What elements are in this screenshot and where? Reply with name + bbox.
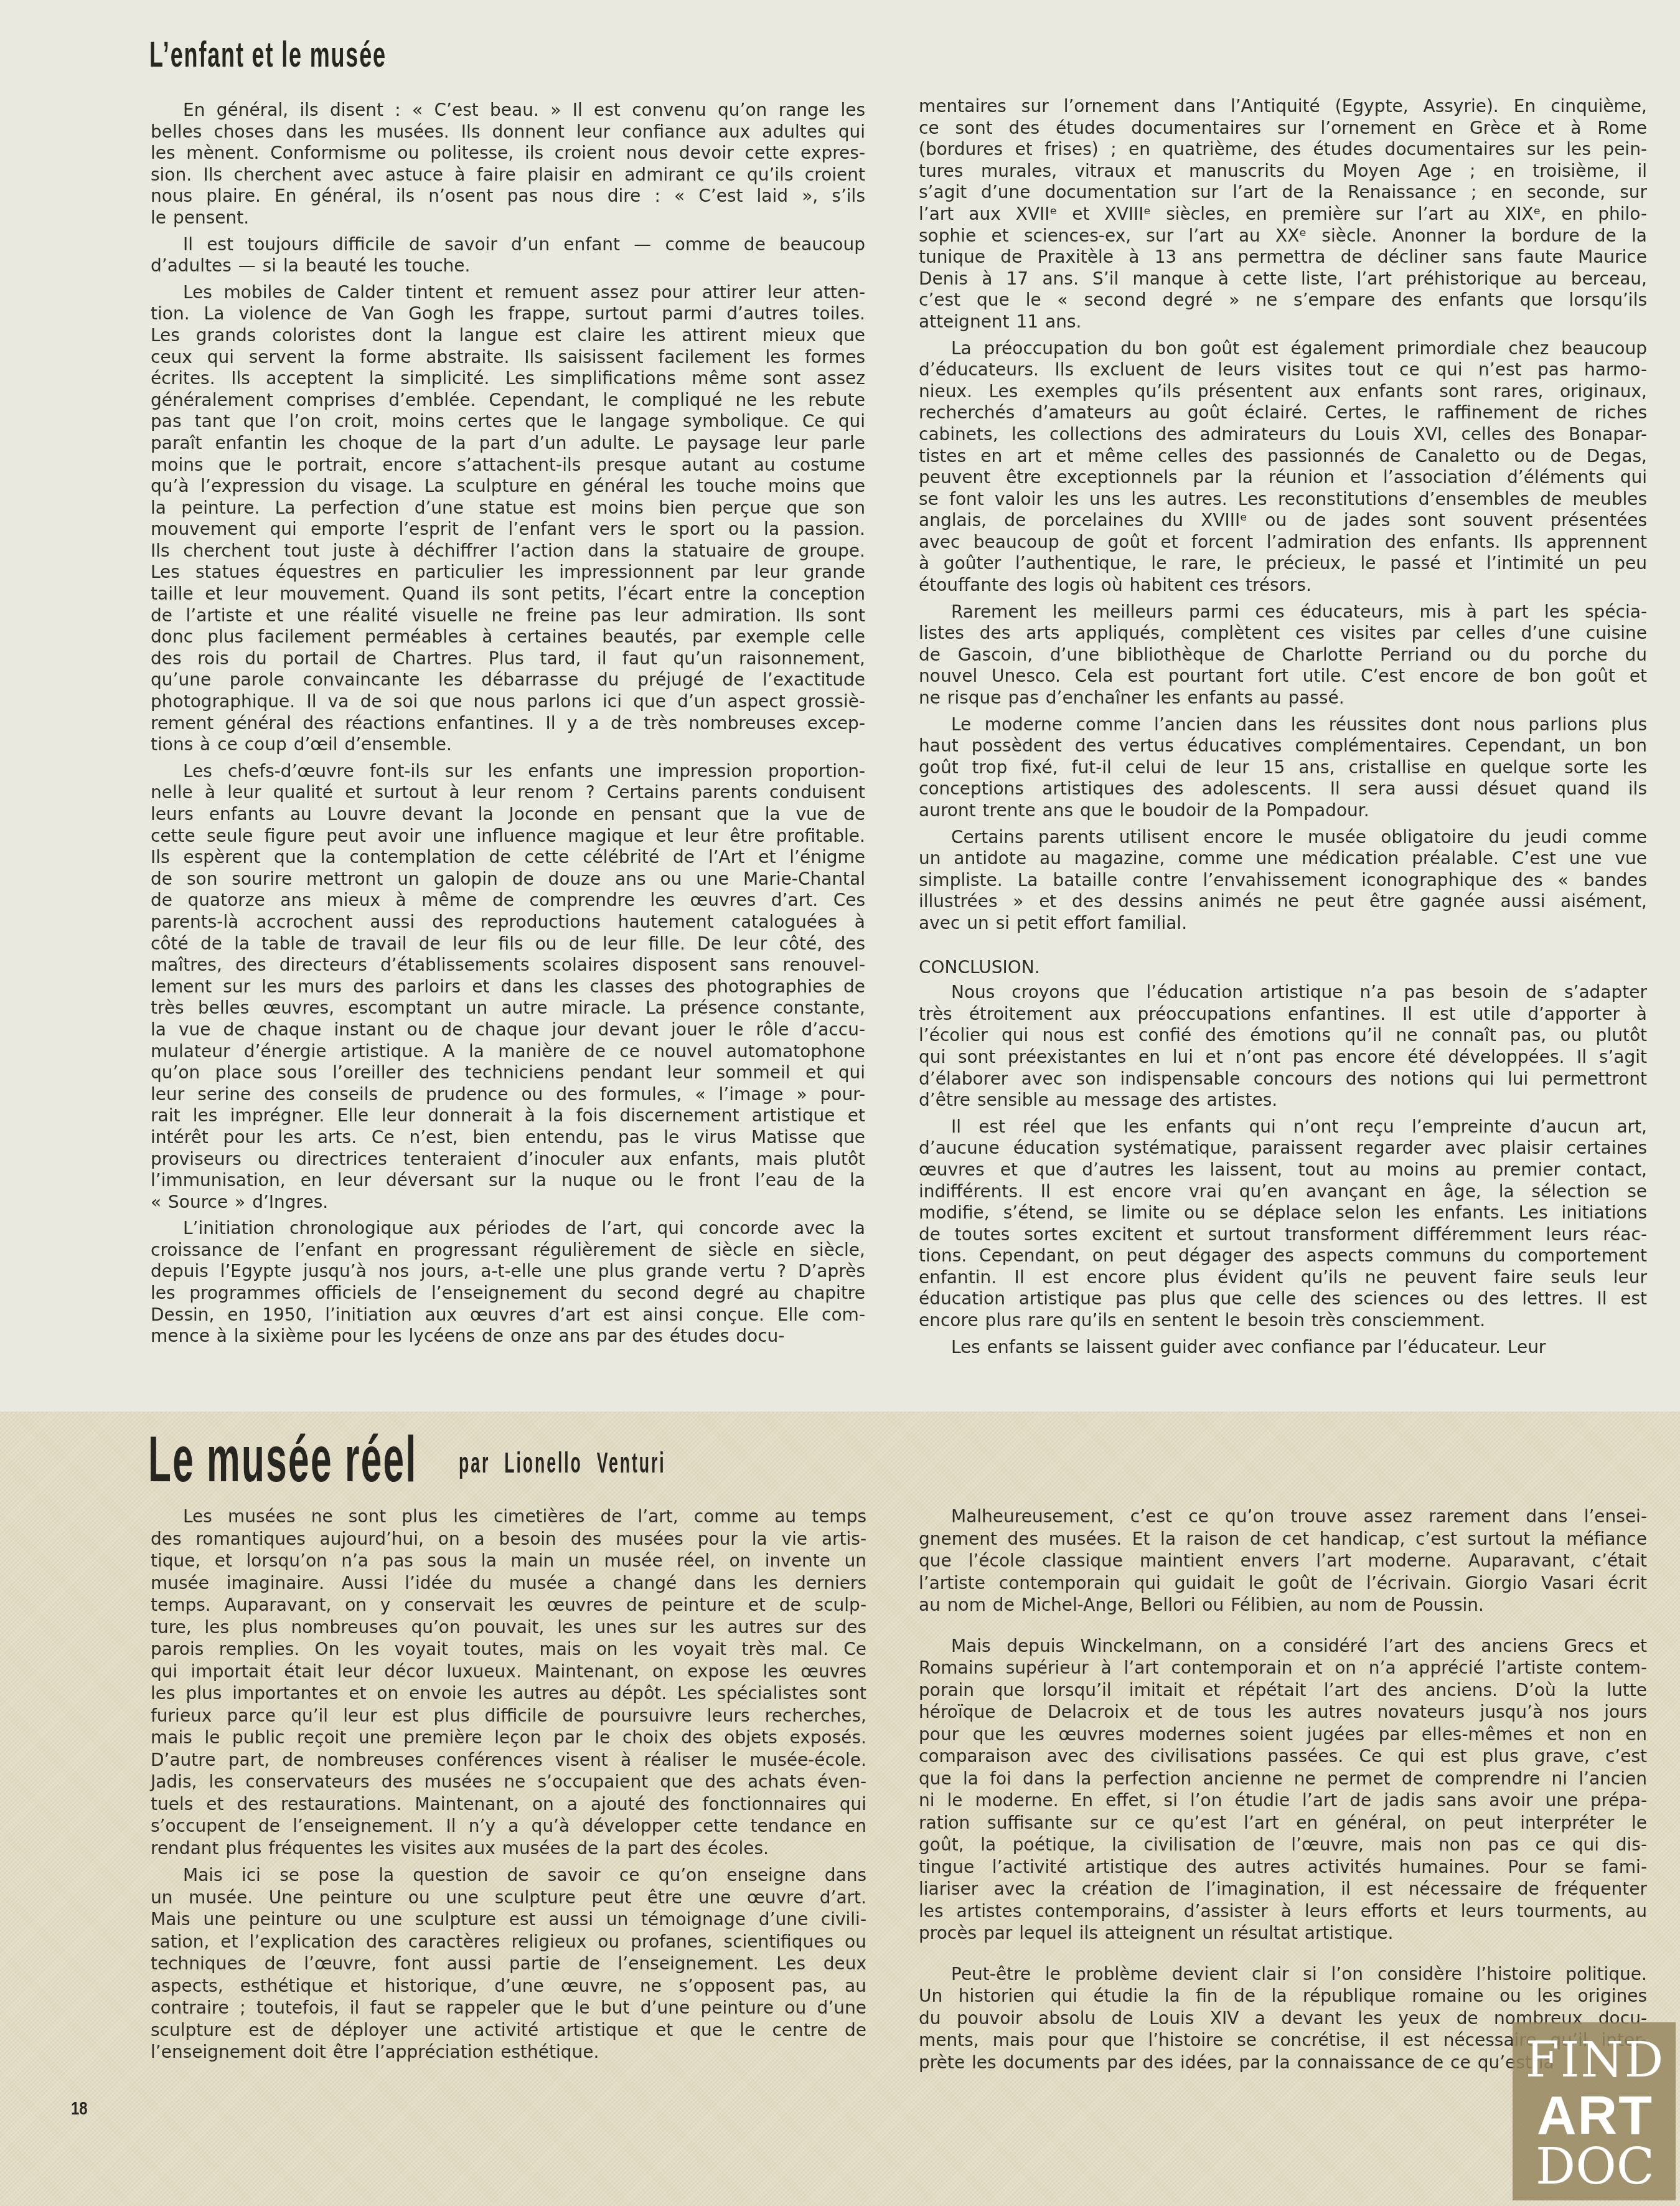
text-line: mais le public reçoit une première leçon… [151, 1727, 866, 1749]
text-line: techniques de l’œuvre, font aussi partie… [151, 1953, 866, 1975]
text-line: pas tant que l’on croit, moins certes qu… [151, 411, 865, 433]
text-line: l’artiste contemporain qui guidait le go… [919, 1572, 1647, 1595]
text-line: anglais, de porcelaines du XVIIIᵉ ou de … [919, 510, 1647, 532]
text-line: ture, les plus nombreuses qu’on pouvait,… [151, 1616, 866, 1639]
text-line: mulateur d’énergie artistique. A la mani… [151, 1041, 865, 1063]
text-line: Malheureusement, c’est ce qu’on trouve a… [919, 1506, 1647, 1528]
article-title-top: L’enfant et le musée [149, 34, 387, 75]
text-line: de Gascoin, d’une bibliothèque de Charlo… [919, 644, 1647, 666]
text-line: le pensent. [151, 207, 865, 229]
paragraph: Les enfants se laissent guider avec conf… [919, 1337, 1647, 1359]
text-line: simpliste. La bataille contre l’envahiss… [919, 870, 1647, 892]
text-line: la vue de chaque instant ou de chaque jo… [151, 1019, 865, 1041]
text-line: aspects, esthétique et historique, d’une… [151, 1975, 866, 1997]
text-line: liariser avec la création de l’imaginati… [919, 1878, 1647, 1900]
text-line: héroïque de Delacroix et de tous les aut… [919, 1701, 1647, 1723]
paragraph: Il est toujours difficile de savoir d’un… [151, 234, 865, 277]
text-line: maîtres, des directeurs d’établissements… [151, 955, 865, 976]
text-line: recherchés d’amateurs au goût éclairé. C… [919, 402, 1647, 424]
text-line: nous plaire. En général, ils n’osent pas… [151, 186, 865, 207]
text-line: L’initiation chronologique aux périodes … [151, 1218, 865, 1240]
text-line: Les statues équestres en particulier les… [151, 562, 865, 583]
top-left-column: En général, ils disent : « C’est beau. »… [151, 100, 865, 1347]
text-line: des rois du portail de Chartres. Plus ta… [151, 648, 865, 670]
text-line: de toutes sortes excitent et surtout tra… [919, 1224, 1647, 1246]
article-title-bottom: Le musée réel [148, 1423, 418, 1497]
text-line: d’être sensible au message des artistes. [919, 1090, 1647, 1111]
text-line: qu’on place sous l’oreiller des technici… [151, 1062, 865, 1084]
text-line: nouvel Unesco. Cela est pourtant fort ut… [919, 666, 1647, 687]
text-line: leurs enfants au Louvre devant la Jocond… [151, 804, 865, 826]
bottom-left-column: Les musées ne sont plus les cimetières d… [151, 1506, 866, 2063]
paragraph: Mais ici se pose la question de savoir c… [151, 1864, 866, 2063]
text-line: côté de la table de travail de leur fils… [151, 933, 865, 955]
text-line: Les chefs-d’œuvre font-ils sur les enfan… [151, 761, 865, 783]
text-line: Les musées ne sont plus les cimetières d… [151, 1506, 866, 1528]
text-line: Il est réel que les enfants qui n’ont re… [919, 1116, 1647, 1138]
conclusion-paragraphs: Nous croyons que l’éducation artistique … [919, 982, 1647, 1358]
text-line: ne risque pas d’enchaîner les enfants au… [919, 687, 1647, 709]
text-line: musée imaginaire. Aussi l’idée du musée … [151, 1572, 866, 1595]
text-line: de l’artiste et une réalité visuelle ne … [151, 605, 865, 627]
text-line: la peinture. La perfection d’une statue … [151, 497, 865, 519]
text-line: indifférents. Il est encore vrai qu’en a… [919, 1181, 1647, 1203]
text-line: un antidote au magazine, comme une médic… [919, 848, 1647, 870]
text-line: tions. Cependant, on peut dégager des as… [919, 1245, 1647, 1267]
text-line: D’autre part, de nombreuses conférences … [151, 1749, 866, 1771]
paragraph: Mais depuis Winckelmann, on a considéré … [919, 1635, 1647, 1944]
text-line: qui importait était leur décor luxueux. … [151, 1661, 866, 1683]
text-line: Ils espèrent que la contemplation de cet… [151, 847, 865, 869]
text-line: illustrées » et des dessins animés ne pe… [919, 891, 1647, 913]
paragraph: Malheureusement, c’est ce qu’on trouve a… [919, 1506, 1647, 1616]
top-right-paragraphs: mentaires sur l’ornement dans l’Antiquit… [919, 96, 1647, 935]
text-line: tion. La violence de Van Gogh les frappe… [151, 303, 865, 325]
text-line: belles choses dans les musées. Ils donne… [151, 121, 865, 143]
text-line: parois remplies. On les voyait toutes, m… [151, 1638, 866, 1661]
text-line: d’adultes — si la beauté les touche. [151, 255, 865, 277]
text-line: sophie et sciences-ex, sur l’art au XXᵉ … [919, 225, 1647, 247]
text-line: l’art aux XVIIᵉ et XVIIIᵉ siècles, en pr… [919, 204, 1647, 225]
paragraph: L’initiation chronologique aux périodes … [151, 1218, 865, 1347]
text-line: gnement des musées. Et la raison de cet … [919, 1528, 1647, 1550]
text-line: donc plus facilement perméables à certai… [151, 626, 865, 648]
text-line: l’enseignement doit être l’appréciation … [151, 2041, 866, 2063]
text-line: au nom de Michel-Ange, Bellori ou Félibi… [919, 1594, 1647, 1616]
text-line: Denis à 17 ans. S’il manque à cette list… [919, 268, 1647, 290]
text-line: écrites. Ils acceptent la simplicité. Le… [151, 368, 865, 390]
text-line: ration suffisante sur ce qu’est l’art en… [919, 1812, 1647, 1834]
conclusion-heading: CONCLUSION. [919, 957, 1647, 979]
text-line: intérêt pour les arts. Ce n’est, bien en… [151, 1127, 865, 1149]
text-line: Romains supérieur à l’art contemporain e… [919, 1657, 1647, 1679]
text-line: qui sont préexistantes en lui et n’ont p… [919, 1047, 1647, 1068]
text-line: Un historien qui étudie la fin de la rép… [919, 1985, 1647, 2007]
text-line: Les enfants se laissent guider avec conf… [919, 1337, 1647, 1359]
text-line: avec beaucoup de goût et forcent l’admir… [919, 532, 1647, 554]
text-line: goût, la poétique, la civilisation de l’… [919, 1834, 1647, 1856]
paragraph: Les mobiles de Calder tintent et remuent… [151, 282, 865, 756]
text-line: à goûter l’authentique, le rare, le préc… [919, 553, 1647, 575]
text-line: nelle à leur qualité et surtout à leur r… [151, 782, 865, 804]
text-line: Les mobiles de Calder tintent et remuent… [151, 282, 865, 304]
text-line: tions à ce coup d’œil d’ensemble. [151, 734, 865, 756]
text-line: encore plus rare qu’ils en sentent le be… [919, 1310, 1647, 1332]
text-line: depuis l’Egypte jusqu’à nos jours, a-t-e… [151, 1261, 865, 1283]
text-line: les artistes contemporains, d’assister à… [919, 1900, 1647, 1923]
text-line: procès par lequel ils atteignent un résu… [919, 1922, 1647, 1944]
text-line: les programmes officiels de l’enseigneme… [151, 1283, 865, 1304]
text-line: sion. Ils cherchent avec astuce à faire … [151, 164, 865, 186]
text-line: lement sur les murs des parloirs et dans… [151, 976, 865, 998]
text-line: atteignent 11 ans. [919, 311, 1647, 333]
article-byline: par Lionello Venturi [459, 1446, 666, 1479]
text-line: modifie, s’étend, se limite ou se déplac… [919, 1202, 1647, 1224]
text-line: les plus importantes et on envoie les au… [151, 1682, 866, 1705]
text-line: étouffante des logis où habitent ces tré… [919, 575, 1647, 596]
text-line: Mais depuis Winckelmann, on a considéré … [919, 1635, 1647, 1657]
text-line: Mais ici se pose la question de savoir c… [151, 1864, 866, 1887]
text-line: « Source » d’Ingres. [151, 1192, 865, 1214]
text-line: Peut-être le problème devient clair si l… [919, 1963, 1647, 1986]
paragraph: mentaires sur l’ornement dans l’Antiquit… [919, 96, 1647, 333]
logo-word-art: ART [1519, 2088, 1671, 2142]
paragraph: Nous croyons que l’éducation artistique … [919, 982, 1647, 1111]
text-line: qu’une parole convaincante les débarrass… [151, 669, 865, 691]
text-line: éducation artistique pas plus que celle … [919, 1288, 1647, 1310]
text-line: ni le moderne. En effet, si l’on étudie … [919, 1789, 1647, 1812]
paragraph: Certains parents utilisent encore le mus… [919, 827, 1647, 935]
top-right-column: mentaires sur l’ornement dans l’Antiquit… [919, 96, 1647, 1358]
text-line: Les grands coloristes dont la langue est… [151, 325, 865, 347]
text-line: les mènent. Conformisme ou politesse, il… [151, 143, 865, 164]
text-line: ce sont des études documentaires sur l’o… [919, 118, 1647, 139]
text-line: moins que le portrait, encore s’attachen… [151, 455, 865, 476]
text-line: paraît enfantin les choque de la part d’… [151, 433, 865, 455]
text-line: listes des arts appliqués, complètent ce… [919, 623, 1647, 644]
text-line: goût trop fixé, fut-il celui de leur 15 … [919, 757, 1647, 779]
text-line: l’immunisation, en leur déversant sur la… [151, 1170, 865, 1192]
text-line: leur serine des conseils de prudence ou … [151, 1084, 865, 1106]
text-line: qu’à l’expression du visage. La sculptur… [151, 476, 865, 497]
text-line: un musée. Une peinture ou une sculpture … [151, 1887, 866, 1909]
text-line: furieux parce qu’il leur est plus diffic… [151, 1705, 866, 1727]
text-line: (bordures et frises) ; en quatrième, des… [919, 139, 1647, 161]
text-line: porain que lorsqu’il imitait et répétait… [919, 1679, 1647, 1702]
text-line: cabinets, les collections des admirateur… [919, 424, 1647, 446]
text-line: conceptions artistiques des adolescents.… [919, 778, 1647, 800]
paragraph: La préoccupation du bon goût est égaleme… [919, 338, 1647, 596]
text-line: Jadis, les conservateurs des musées ne s… [151, 1771, 866, 1793]
text-line: Dessin, en 1950, l’initiation aux œuvres… [151, 1304, 865, 1326]
text-line: rement général des réactions enfantines.… [151, 713, 865, 735]
text-line: tuels et des restaurations. Maintenant, … [151, 1793, 866, 1816]
paragraph: Rarement les meilleurs parmi ces éducate… [919, 601, 1647, 709]
text-line: croissance de l’enfant en progressant ré… [151, 1240, 865, 1261]
text-line: d’élaborer avec son indispensable concou… [919, 1068, 1647, 1090]
text-line: La préoccupation du bon goût est égaleme… [919, 338, 1647, 360]
findartdoc-logo-icon: FIND ART DOC [1513, 2022, 1676, 2200]
text-line: Ils cherchent tout juste à déchiffrer l’… [151, 540, 865, 562]
text-line: nieux. Les exemples qu’ils présentent au… [919, 381, 1647, 403]
text-line: que l’école classique maintient envers l… [919, 1550, 1647, 1572]
text-line: Rarement les meilleurs parmi ces éducate… [919, 601, 1647, 623]
text-line: peuvent être exceptionnels par la réunio… [919, 467, 1647, 489]
text-line: enfantin. Il est encore plus évident qu’… [919, 1267, 1647, 1289]
text-line: tistes en art et même celles des passion… [919, 446, 1647, 468]
text-line: Le moderne comme l’ancien dans les réuss… [919, 714, 1647, 736]
logo-word-doc: DOC [1519, 2142, 1671, 2192]
text-line: pour que les œuvres modernes soient jugé… [919, 1723, 1647, 1746]
text-line: rendant plus fréquentes les visites aux … [151, 1837, 866, 1860]
text-line: s’agit d’une documentation sur l’art de … [919, 182, 1647, 204]
text-line: En général, ils disent : « C’est beau. »… [151, 100, 865, 121]
text-line: d’aucune éducation systématique, paraiss… [919, 1138, 1647, 1159]
text-line: tique, et lorsqu’on n’a pas sous la main… [151, 1550, 866, 1572]
logo-word-find: FIND [1519, 2036, 1671, 2085]
text-line: avec un si petit effort familial. [919, 913, 1647, 935]
text-line: auront trente ans que le boudoir de la P… [919, 800, 1647, 822]
text-line: temps. Auparavant, on y conservait les œ… [151, 1594, 866, 1616]
text-line: photographique. Il va de soi que nous pa… [151, 691, 865, 713]
text-line: tingue l’activité artistique des autres … [919, 1856, 1647, 1878]
text-line: l’écolier qui nous est confié des émotio… [919, 1025, 1647, 1047]
conclusion-block: CONCLUSION. [919, 957, 1647, 979]
text-line: sation, et l’explication des caractères … [151, 1931, 866, 1953]
text-line: taille et leur mouvement. Quand ils sont… [151, 583, 865, 605]
text-line: parents-là accrochent aussi des reproduc… [151, 912, 865, 933]
text-line: se font valoir les uns les autres. Les r… [919, 489, 1647, 511]
text-line: Nous croyons que l’éducation artistique … [919, 982, 1647, 1004]
text-line: tunique de Praxitèle à 13 ans permettra … [919, 247, 1647, 268]
text-line: des romantiques aujourd’hui, on a besoin… [151, 1528, 866, 1550]
text-line: Mais une peinture ou une sculpture est a… [151, 1908, 866, 1931]
text-line: que la foi dans la perfection ancienne n… [919, 1768, 1647, 1790]
text-line: Il est toujours difficile de savoir d’un… [151, 234, 865, 256]
paragraph: En général, ils disent : « C’est beau. »… [151, 100, 865, 229]
page-number: 18 [71, 2098, 88, 2119]
text-line: mence à la sixième pour les lycéens de o… [151, 1326, 865, 1347]
text-line: d’éducateurs. Ils excluent de leurs visi… [919, 359, 1647, 381]
paragraph: Les chefs-d’œuvre font-ils sur les enfan… [151, 761, 865, 1213]
text-line: mentaires sur l’ornement dans l’Antiquit… [919, 96, 1647, 118]
text-line: très belles œuvres, escomptant un autre … [151, 997, 865, 1019]
text-line: s’occupent de l’enseignement. Il n’y a q… [151, 1815, 866, 1837]
text-line: c’est que le « second degré » ne s’empar… [919, 290, 1647, 311]
text-line: généralement comprises d’emblée. Cependa… [151, 390, 865, 412]
bottom-right-column: Malheureusement, c’est ce qu’on trouve a… [919, 1506, 1647, 2073]
text-line: sculpture est de déployer une activité a… [151, 2019, 866, 2042]
paragraph: Il est réel que les enfants qui n’ont re… [919, 1116, 1647, 1332]
text-line: contraire ; toutefois, il faut se rappel… [151, 1997, 866, 2019]
text-line: tures murales, vitraux et manuscrits du … [919, 161, 1647, 182]
text-line: mouvement qui emporte l’esprit de l’enfa… [151, 519, 865, 540]
text-line: proviseurs ou directrices tenteraient d’… [151, 1149, 865, 1171]
text-line: ceux qui servent la forme abstraite. Ils… [151, 347, 865, 369]
text-line: comparaison avec des civilisations passé… [919, 1745, 1647, 1768]
text-line: haut possèdent des vertus éducatives com… [919, 735, 1647, 757]
paragraph: Le moderne comme l’ancien dans les réuss… [919, 714, 1647, 822]
text-line: rait les imprégner. Elle leur donnerait … [151, 1105, 865, 1127]
text-line: cette seule figure peut avoir une influe… [151, 826, 865, 847]
text-line: œuvres et que d’autres les laissent, tou… [919, 1159, 1647, 1181]
text-line: de quatorze ans mieux à même de comprend… [151, 890, 865, 912]
text-line: de son sourire mettront un galopin de do… [151, 869, 865, 890]
text-line: Certains parents utilisent encore le mus… [919, 827, 1647, 849]
paragraph: Les musées ne sont plus les cimetières d… [151, 1506, 866, 1859]
text-line: très étroitement aux préoccupations enfa… [919, 1004, 1647, 1025]
